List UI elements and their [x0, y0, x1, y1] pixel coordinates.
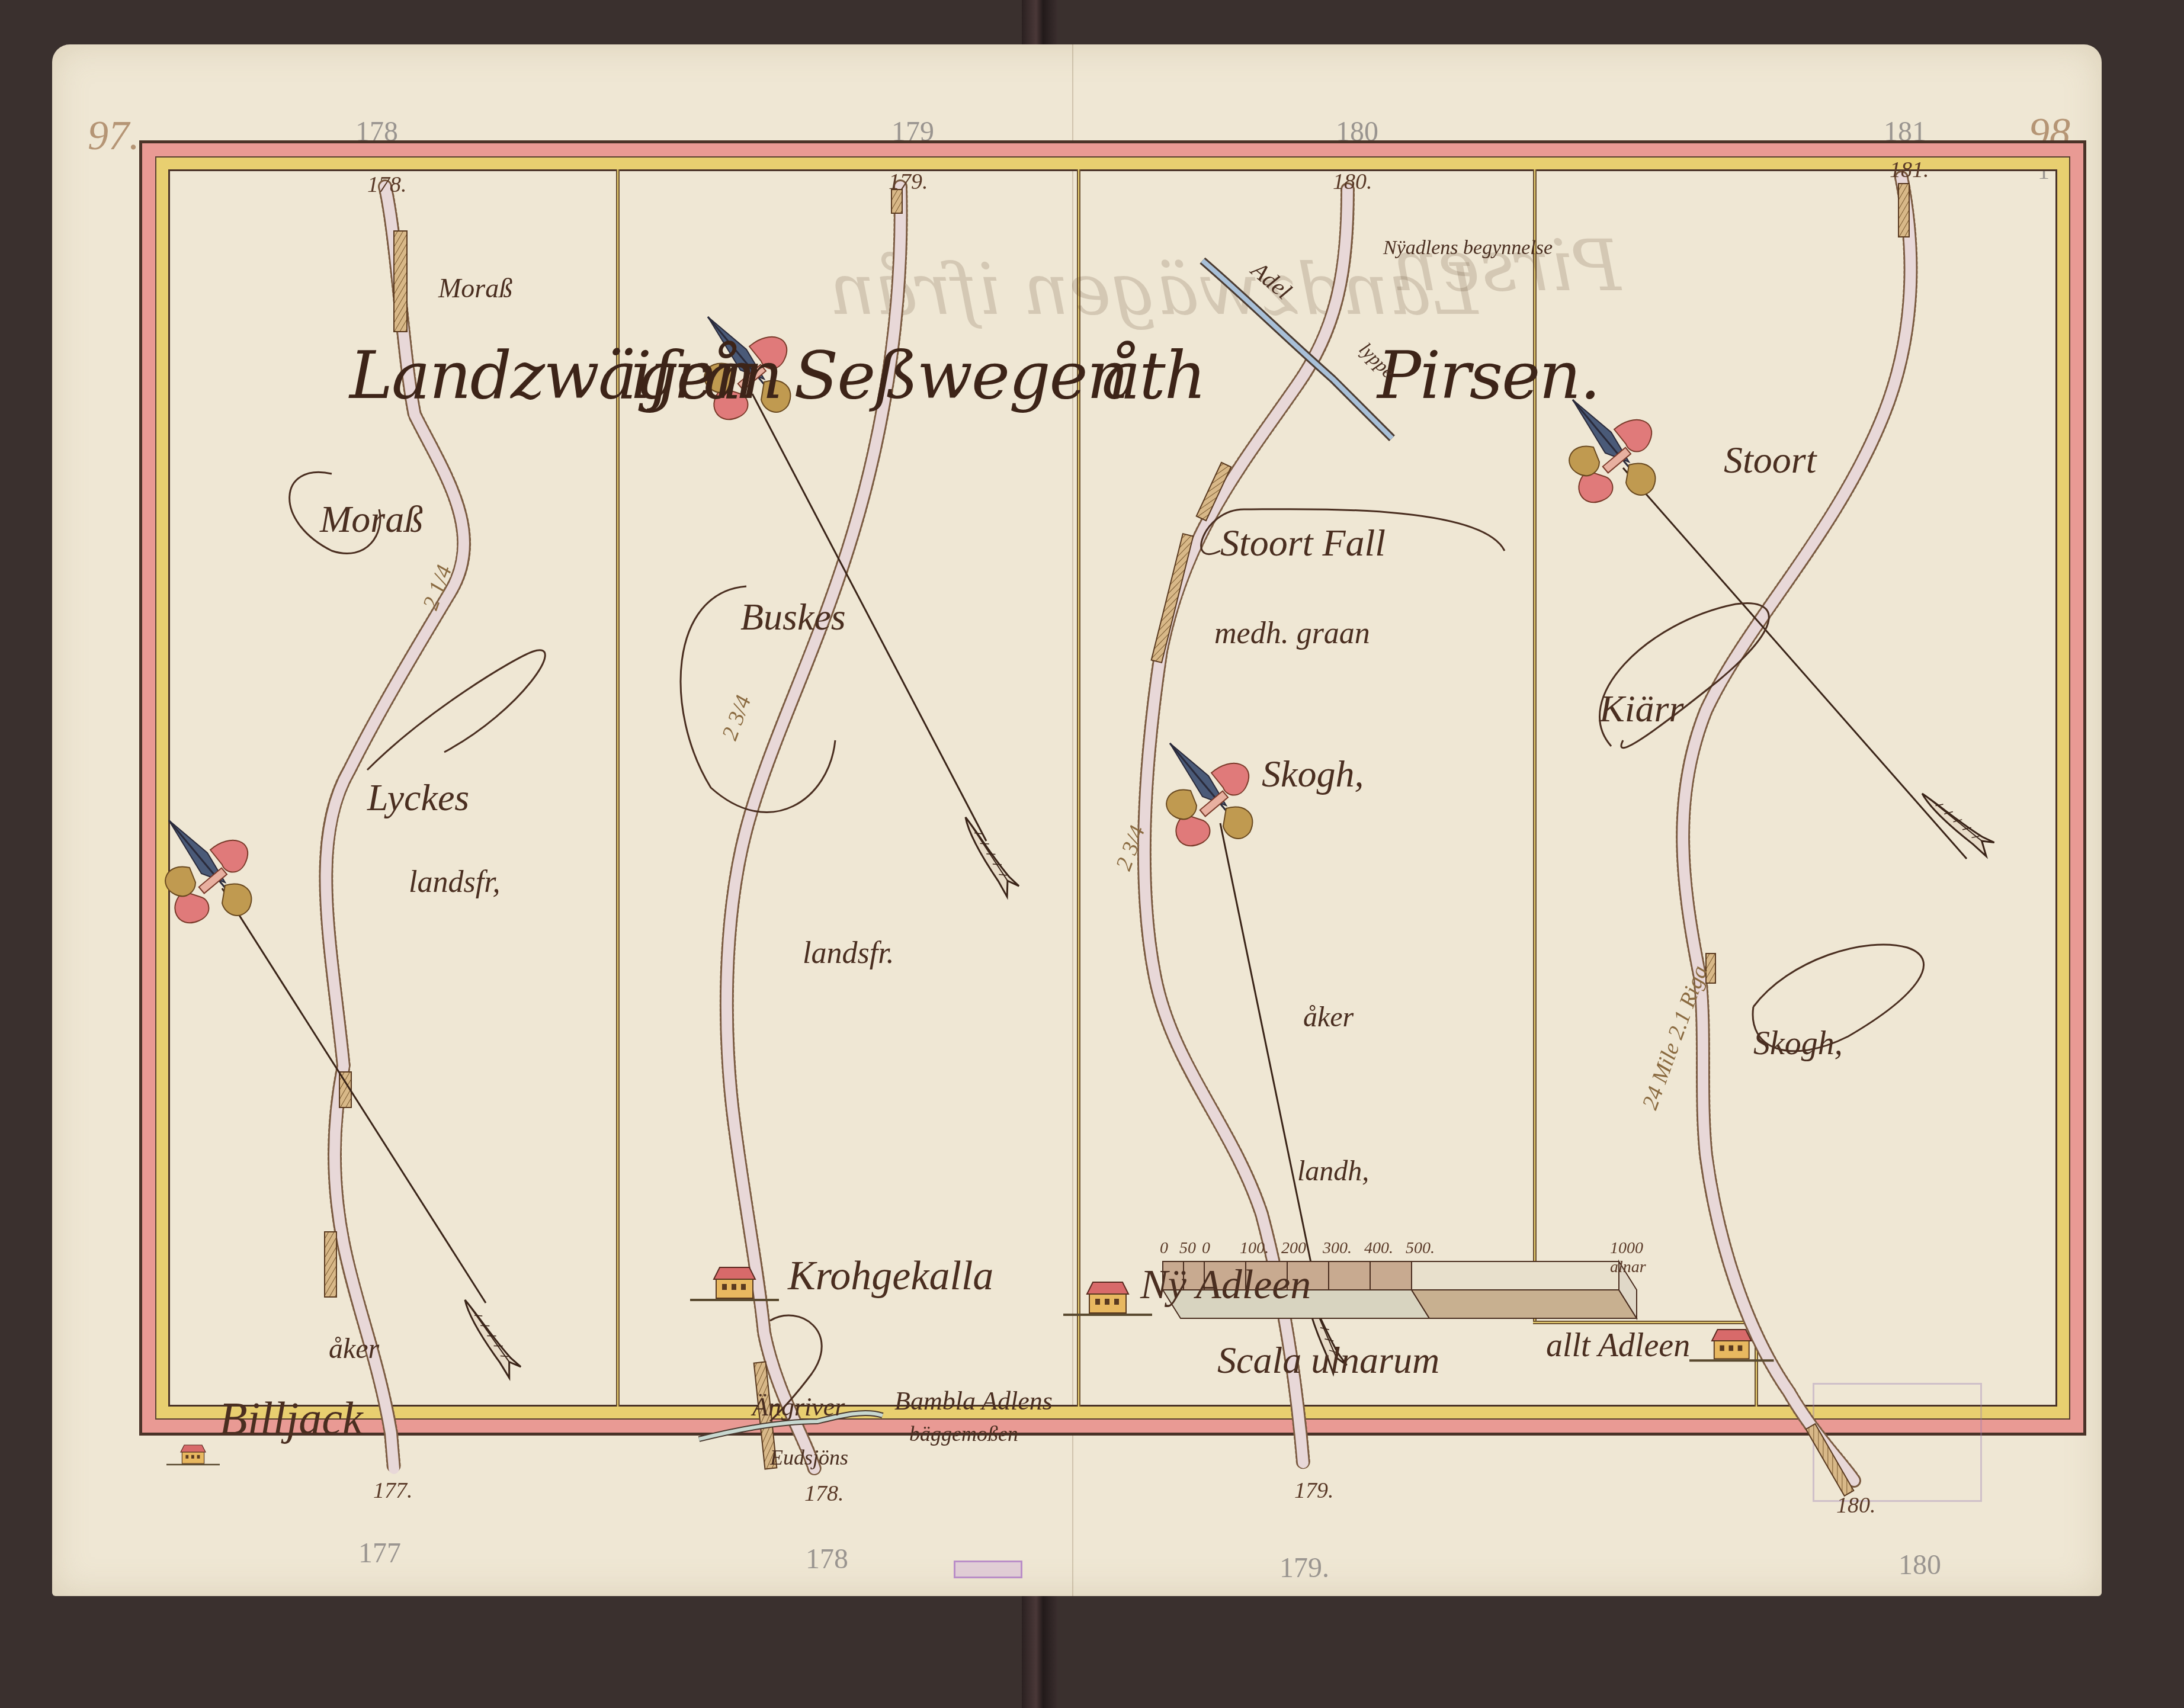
- place-label: landsfr.: [803, 936, 894, 971]
- scale-tick: 500.: [1406, 1239, 1435, 1258]
- scale-tick: 1000 alnar: [1610, 1239, 1646, 1277]
- road-marker-top: 181.: [1890, 157, 1929, 183]
- road-marker-bottom: 178.: [804, 1481, 844, 1507]
- place-label: Skogh,: [1753, 1025, 1843, 1062]
- place-label: Billjack: [219, 1392, 363, 1445]
- road-marker-top: 180.: [1333, 169, 1372, 195]
- place-label: Skogh,: [1262, 752, 1364, 796]
- scale-tick: 200: [1281, 1239, 1306, 1258]
- place-label: Nÿadlens begynnelse: [1383, 237, 1553, 259]
- scale-title: Scala ulnarum: [1217, 1338, 1439, 1382]
- place-label: Buskes: [740, 595, 846, 639]
- place-label: Lyckes: [367, 776, 469, 820]
- map-title-word: ifrån: [631, 338, 782, 413]
- place-label: medh. graan: [1214, 616, 1370, 651]
- place-label: landh,: [1297, 1155, 1369, 1187]
- scale-tick: 100.: [1240, 1239, 1269, 1258]
- place-label: allt Adleen: [1546, 1327, 1690, 1365]
- place-label: Stoort Fall: [1220, 521, 1386, 565]
- place-label: Bambla Adlens: [894, 1386, 1053, 1416]
- place-label: Nÿ Adleen: [1140, 1261, 1311, 1309]
- map-title-word: Pirsen.: [1377, 338, 1599, 413]
- place-label: Eudsjöns: [770, 1445, 848, 1470]
- scale-tick: 300.: [1323, 1239, 1352, 1258]
- map-drawing: [0, 0, 2184, 1708]
- road-marker-top: 179.: [889, 169, 928, 195]
- place-label: Ängriver: [752, 1392, 845, 1422]
- scale-tick: 0: [1160, 1239, 1168, 1258]
- scale-tick: 50: [1179, 1239, 1196, 1258]
- map-title-word: åth: [1102, 338, 1205, 413]
- place-label: Krohgekalla: [788, 1253, 993, 1300]
- road-marker-top: 178.: [367, 172, 407, 198]
- place-label: bäggemoßen: [909, 1421, 1018, 1446]
- scale-tick: 0: [1202, 1239, 1210, 1258]
- place-label: Moraß: [320, 497, 423, 541]
- road-marker-bottom: 180.: [1836, 1492, 1876, 1518]
- place-label: landsfr,: [409, 865, 501, 900]
- place-label: Stoort: [1724, 438, 1816, 482]
- place-label: åker: [329, 1333, 379, 1365]
- road-marker-bottom: 179.: [1294, 1478, 1334, 1504]
- place-label: Kiärr: [1599, 687, 1683, 731]
- scale-tick: 400.: [1364, 1239, 1393, 1258]
- place-label: Moraß: [438, 272, 512, 304]
- place-label: åker: [1303, 1001, 1354, 1033]
- map-title-word: Seßwegen: [794, 338, 1128, 413]
- road-marker-bottom: 177.: [373, 1478, 413, 1504]
